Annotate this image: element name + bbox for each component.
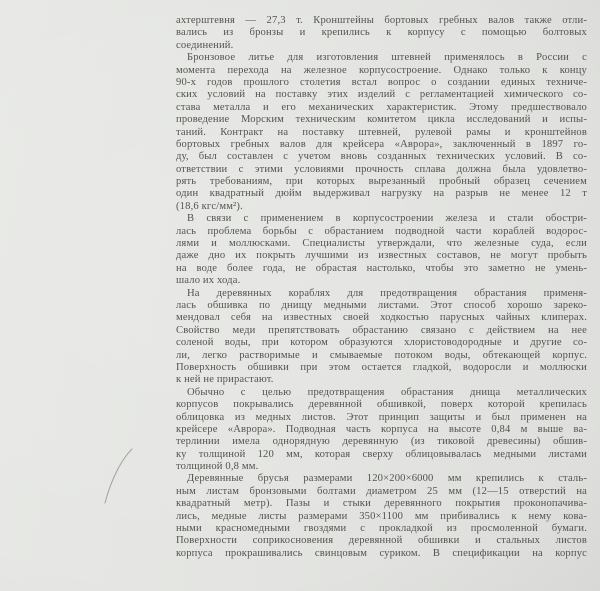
paragraph: Обычно с целью предотвращения обрастания… bbox=[176, 387, 587, 474]
text-line: рять требованиям, при которых вырезанный… bbox=[176, 176, 587, 188]
pencil-curve-mark bbox=[101, 446, 137, 508]
text-line: става металла и его механических характе… bbox=[176, 102, 587, 114]
text-line: вались из бронзы и крепились к корпусу с… bbox=[176, 27, 587, 39]
text-line: ответствии с этими условиями прочность с… bbox=[176, 164, 587, 176]
paragraph: Бронзовое литье для изготовления штевней… bbox=[176, 52, 587, 213]
text-line: проведение Морским техническим комитетом… bbox=[176, 114, 587, 126]
text-line: толщиной 0,8 мм. bbox=[176, 461, 587, 473]
text-line: лями и моллюсками. Специалисты утверждал… bbox=[176, 238, 587, 250]
text-line: ными красномедными гвоздями с прокладкой… bbox=[176, 523, 587, 535]
text-line: соединений. bbox=[176, 40, 587, 52]
text-line: На деревянных кораблях для предотвращени… bbox=[176, 288, 587, 300]
text-line: даже дно их покрыть лучшими из известных… bbox=[176, 250, 587, 262]
text-line: ских условий на поставку этих изделий с … bbox=[176, 89, 587, 101]
text-line: лась проблема борьбы с обрастанием подво… bbox=[176, 226, 587, 238]
text-line: В связи с применением в корпусостроении … bbox=[176, 213, 587, 225]
text-line: мендовал себя на известных своей ходкост… bbox=[176, 312, 587, 324]
text-line: таний. Контракт на поставку штевней, рул… bbox=[176, 127, 587, 139]
text-line: один квадратный дюйм выдерживал нагрузку… bbox=[176, 188, 587, 200]
text-line: Бронзовое литье для изготовления штевней… bbox=[176, 52, 587, 64]
text-line: квадратный метр). Пазы и стыки деревянно… bbox=[176, 498, 587, 510]
text-line: крейсере «Аврора». Подводная часть корпу… bbox=[176, 424, 587, 436]
scanned-book-page: { "page": { "type": "scanned-book-page",… bbox=[0, 0, 600, 591]
text-line: ку толщиной 120 мм, которая сверху облиц… bbox=[176, 449, 587, 461]
text-line: Свойство меди препятствовать обрастанию … bbox=[176, 325, 587, 337]
text-line: корпуса прокрашивались свинцовым суриком… bbox=[176, 548, 587, 560]
text-line: ным листам бронзовыми болтами диаметром … bbox=[176, 486, 587, 498]
text-line: к ней не прирастают. bbox=[176, 374, 587, 386]
text-line: ахтерштевня — 27,3 т. Кронштейны бортовы… bbox=[176, 15, 587, 27]
text-line: ли, легко растворимые и смываемые потоко… bbox=[176, 350, 587, 362]
text-line: терлинии имела однорядную деревянную (из… bbox=[176, 436, 587, 448]
text-line: (18,6 кгс/мм²). bbox=[176, 201, 587, 213]
text-line: 90-х годов прошлого столетия встал вопро… bbox=[176, 77, 587, 89]
paragraph: Деревянные брусья размерами 120×200×6000… bbox=[176, 473, 587, 560]
page-text: ахтерштевня — 27,3 т. Кронштейны бортовы… bbox=[176, 15, 587, 560]
text-line: соленой воды, при котором образуются хло… bbox=[176, 337, 587, 349]
text-line: облицовка из медных листов. Этот принцип… bbox=[176, 412, 587, 424]
paragraph: ахтерштевня — 27,3 т. Кронштейны бортовы… bbox=[176, 15, 587, 52]
text-line: корпусов покрывались деревянной обшивкой… bbox=[176, 399, 587, 411]
text-line: момента перехода на железное корпусостро… bbox=[176, 65, 587, 77]
text-line: лись, медные листы размерами 350×1100 мм… bbox=[176, 511, 587, 523]
text-line: лась обшивка по днищу медными листами. Э… bbox=[176, 300, 587, 312]
paragraph: В связи с применением в корпусостроении … bbox=[176, 213, 587, 287]
text-line: ду, был составлен с учетом вновь созданн… bbox=[176, 151, 587, 163]
text-line: Обычно с целью предотвращения обрастания… bbox=[176, 387, 587, 399]
text-line: Поверхность обшивки при этом остается гл… bbox=[176, 362, 587, 374]
paragraph: На деревянных кораблях для предотвращени… bbox=[176, 288, 587, 387]
text-line: шало их хода. bbox=[176, 275, 587, 287]
text-line: на воде более года, не обрастая настольк… bbox=[176, 263, 587, 275]
text-line: Деревянные брусья размерами 120×200×6000… bbox=[176, 473, 587, 485]
text-line: Поверхности соприкосновения деревянной о… bbox=[176, 535, 587, 547]
text-line: бортовых гребных валов для крейсера «Авр… bbox=[176, 139, 587, 151]
